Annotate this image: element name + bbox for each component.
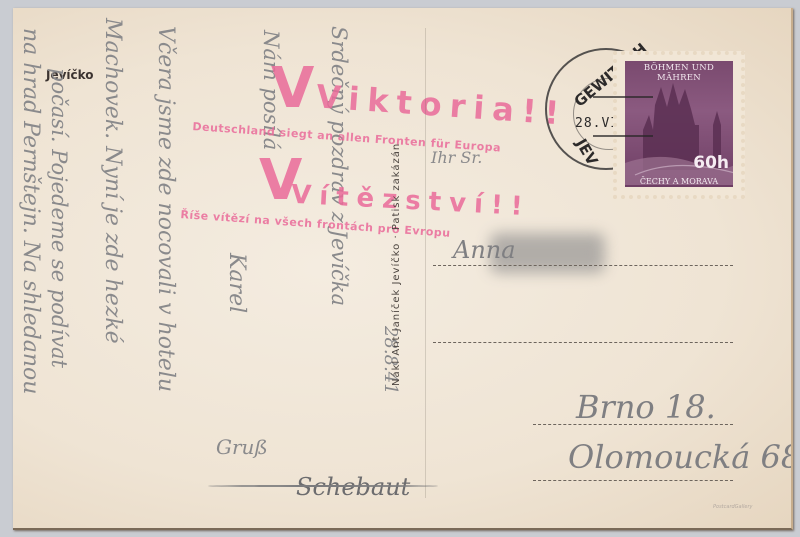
signature-karel: Karel [224,253,249,313]
address-street: Olomoucká 68. [568,438,793,476]
signature: Schebaut [296,473,410,501]
address-city: Brno 18. [576,388,716,426]
watermark: PostcardGallery [713,504,753,510]
stamp-image: BÖHMEN UND MÄHREN 60h ČECHY A MORAVA [625,61,733,187]
message-line: Srdečný pozdrav z Jevíčka [327,26,351,306]
center-divider [425,28,426,498]
cancel-line [593,96,653,98]
stamp-bottom-text: ČECHY A MORAVA [625,177,733,186]
message-line: Machovek. Nyní je zde hezké [100,18,125,344]
signature-underline [208,485,438,487]
postcard-back: Jevíčko na hrad Pernštejn. Na shledanou … [13,8,793,530]
address-line-2 [433,342,733,343]
address-name: Anna [453,236,516,264]
propaganda-v-top: V [271,56,314,121]
message-line: na hrad Pernštejn. Na shledanou [18,28,43,394]
cancel-line [593,135,653,137]
address-line-4 [533,480,733,481]
message-line: Včera jsme zde nocovali v hotelu [153,26,178,392]
propaganda-line1: Viktoria!! [315,77,568,132]
publisher-imprint: Nákl Ant Janíček Jevíčko · Patisk zakázá… [391,143,402,386]
address-line-1 [433,265,733,266]
postage-stamp: BÖHMEN UND MÄHREN 60h ČECHY A MORAVA [613,51,745,199]
stamp-value: 60h [693,153,729,173]
address-line-3 [533,424,733,425]
message-line: počasí. Pojedeme se podívat [47,68,71,368]
greeting: Gruß [216,435,268,459]
